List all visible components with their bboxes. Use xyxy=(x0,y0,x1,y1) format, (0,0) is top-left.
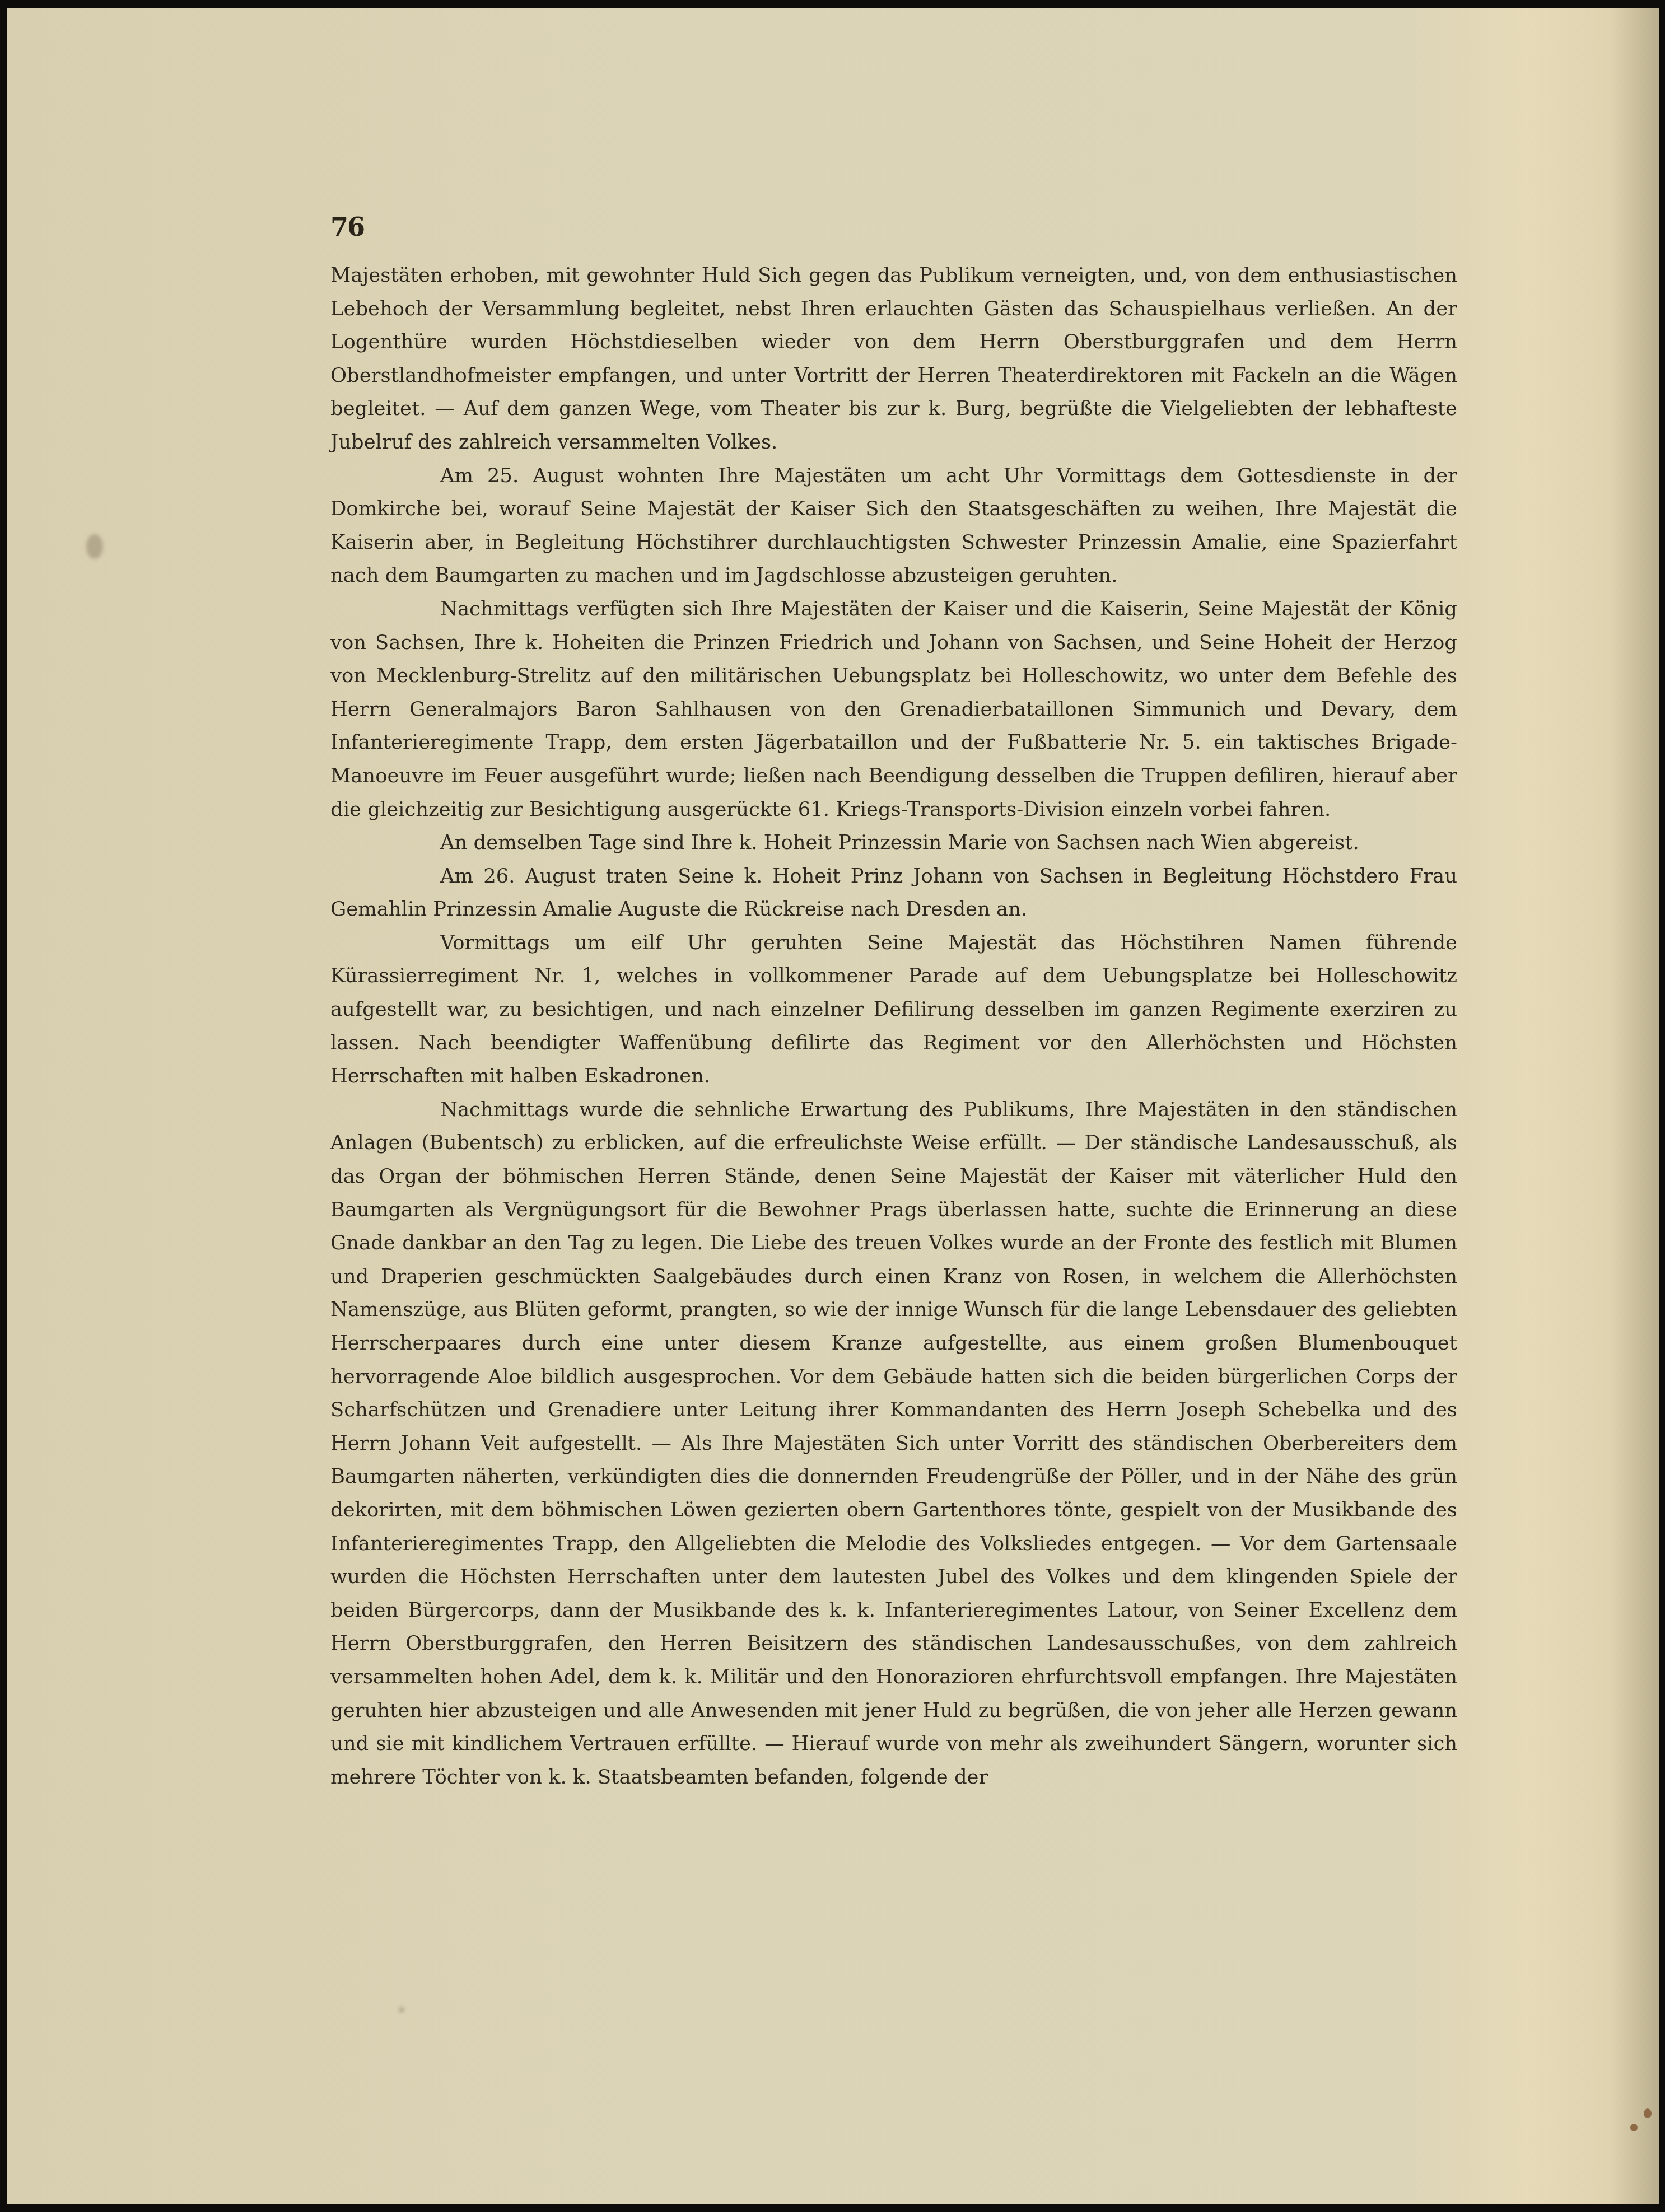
paragraph-4: An demselben Tage sind Ihre k. Hoheit Pr… xyxy=(330,826,1457,860)
page-number: 76 xyxy=(330,212,364,242)
paragraph-6: Vormittags um eilf Uhr geruhten Seine Ma… xyxy=(330,926,1457,1093)
ink-spot-1 xyxy=(1644,2108,1652,2118)
ink-spot-2 xyxy=(1630,2124,1638,2131)
paper-smudge-left xyxy=(86,534,103,559)
paragraph-5: Am 26. August traten Seine k. Hoheit Pri… xyxy=(330,860,1457,926)
paragraph-2: Am 25. August wohnten Ihre Majestäten um… xyxy=(330,459,1457,592)
body-text: Majestäten erhoben, mit gewohnter Huld S… xyxy=(330,259,1457,1794)
paragraph-1: Majestäten erhoben, mit gewohnter Huld S… xyxy=(330,259,1457,459)
paragraph-7: Nachmittags wurde die sehnliche Erwartun… xyxy=(330,1093,1457,1794)
scanned-page: 76 Majestäten erhoben, mit gewohnter Hul… xyxy=(7,8,1659,2204)
paper-dot-bottom-left xyxy=(399,2007,404,2013)
paragraph-3: Nachmittags verfügten sich Ihre Majestät… xyxy=(330,592,1457,826)
